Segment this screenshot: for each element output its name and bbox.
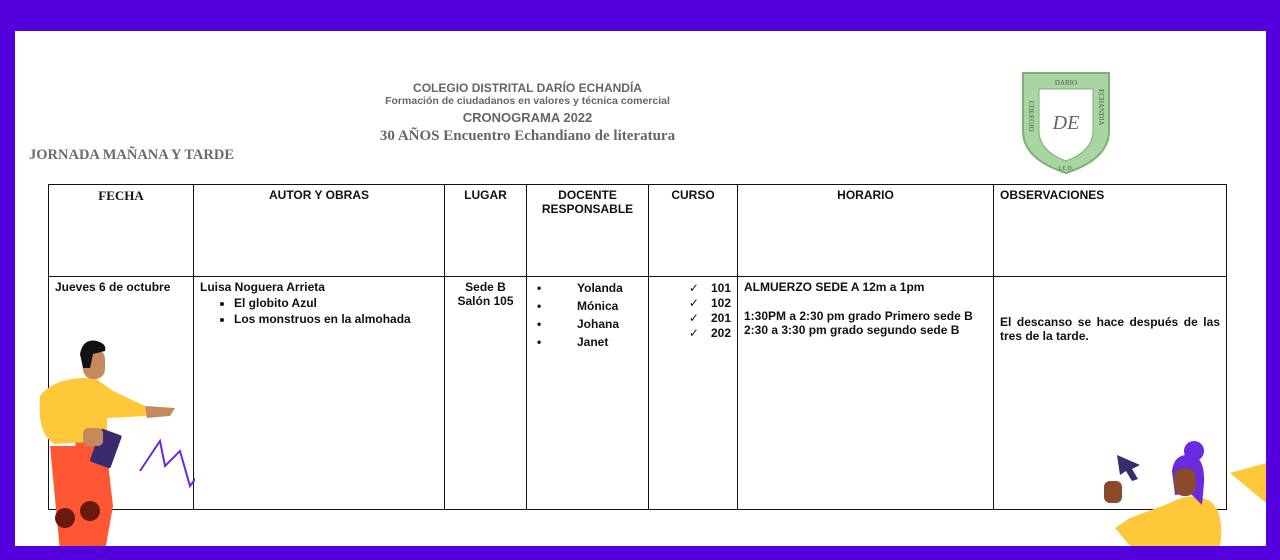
cell-fecha: Jueves 6 de octubre [49, 277, 194, 510]
jornada-label: JORNADA MAÑANA Y TARDE [29, 147, 234, 164]
observaciones-text: El descanso se hace después de las tres … [1000, 315, 1220, 343]
cell-autor: Luisa Noguera Arrieta El globito Azul Lo… [194, 277, 445, 510]
lugar-sede: Sede B [451, 280, 520, 294]
docente-name: Mónica [577, 299, 618, 313]
horario-segundo: 2:30 a 3:30 pm grado segundo sede B [744, 323, 987, 337]
checkmark-icon: ✓ [689, 296, 699, 310]
docente-name: Janet [577, 335, 608, 349]
obras-list: El globito Azul Los monstruos en la almo… [200, 296, 438, 326]
curso-item: ✓102 [655, 296, 731, 310]
lugar-salon: Salón 105 [451, 294, 520, 308]
curso-code: 101 [711, 281, 731, 295]
docente-name: Johana [577, 317, 619, 331]
obra-item: Los monstruos en la almohada [234, 312, 438, 326]
curso-code: 201 [711, 311, 731, 325]
col-header-lugar: LUGAR [445, 185, 527, 277]
docente-item: •Mónica [533, 299, 642, 313]
curso-item: ✓201 [655, 311, 731, 325]
svg-text:DE: DE [1052, 112, 1080, 134]
curso-code: 102 [711, 296, 731, 310]
cell-cursos: ✓101 ✓102 ✓201 ✓202 [649, 277, 738, 510]
col-header-fecha: FECHA [49, 185, 194, 277]
col-header-autor: AUTOR Y OBRAS [194, 185, 445, 277]
svg-text:ECHANDIA: ECHANDIA [1097, 89, 1105, 126]
docente-name: Yolanda [577, 281, 623, 295]
svg-text:DARIO: DARIO [1055, 79, 1077, 87]
curso-item: ✓101 [655, 281, 731, 295]
document-page: COLEGIO DISTRITAL DARÍO ECHANDÍA Formaci… [15, 31, 1266, 546]
schedule-table: FECHA AUTOR Y OBRAS LUGAR DOCENTE RESPON… [48, 184, 1227, 510]
table-header-row: FECHA AUTOR Y OBRAS LUGAR DOCENTE RESPON… [49, 185, 1227, 277]
cell-lugar: Sede B Salón 105 [445, 277, 527, 510]
autor-name: Luisa Noguera Arrieta [200, 280, 438, 294]
obra-item: El globito Azul [234, 296, 438, 310]
document-subtitle: 30 AÑOS Encuentro Echandiano de literatu… [15, 128, 1153, 145]
cell-observaciones: El descanso se hace después de las tres … [994, 277, 1227, 510]
docente-item: •Yolanda [533, 281, 642, 295]
col-header-observaciones: OBSERVACIONES [994, 185, 1227, 277]
fecha-text: Jueves 6 de octubre [55, 280, 170, 294]
docente-item: •Janet [533, 335, 642, 349]
checkmark-icon: ✓ [689, 311, 699, 325]
curso-item: ✓202 [655, 326, 731, 340]
svg-text:COLEGIO: COLEGIO [1027, 101, 1035, 132]
horario-almuerzo: ALMUERZO SEDE A 12m a 1pm [744, 280, 987, 294]
checkmark-icon: ✓ [689, 281, 699, 295]
bullet-icon: • [533, 299, 577, 313]
docente-item: •Johana [533, 317, 642, 331]
curso-code: 202 [711, 326, 731, 340]
cursos-list: ✓101 ✓102 ✓201 ✓202 [655, 281, 731, 340]
school-motto: Formación de ciudadanos en valores y téc… [15, 95, 1153, 107]
col-header-curso: CURSO [649, 185, 738, 277]
bullet-icon: • [533, 281, 577, 295]
table-row: Jueves 6 de octubre Luisa Noguera Arriet… [49, 277, 1227, 510]
svg-text:I.E.D.: I.E.D. [1059, 166, 1074, 172]
cell-docentes: •Yolanda •Mónica •Johana •Janet [527, 277, 649, 510]
school-name: COLEGIO DISTRITAL DARÍO ECHANDÍA [15, 81, 1153, 95]
bullet-icon: • [533, 335, 577, 349]
docentes-list: •Yolanda •Mónica •Johana •Janet [533, 281, 642, 349]
horario-primero: 1:30PM a 2:30 pm grado Primero sede B [744, 309, 987, 323]
checkmark-icon: ✓ [689, 326, 699, 340]
col-header-horario: HORARIO [738, 185, 994, 277]
document-title: CRONOGRAMA 2022 [15, 110, 1153, 125]
bullet-icon: • [533, 317, 577, 331]
cell-horario: ALMUERZO SEDE A 12m a 1pm 1:30PM a 2:30 … [738, 277, 994, 510]
col-header-docente: DOCENTE RESPONSABLE [527, 185, 649, 277]
school-crest-icon: DARIO I.E.D. COLEGIO ECHANDIA DE [1021, 71, 1111, 175]
